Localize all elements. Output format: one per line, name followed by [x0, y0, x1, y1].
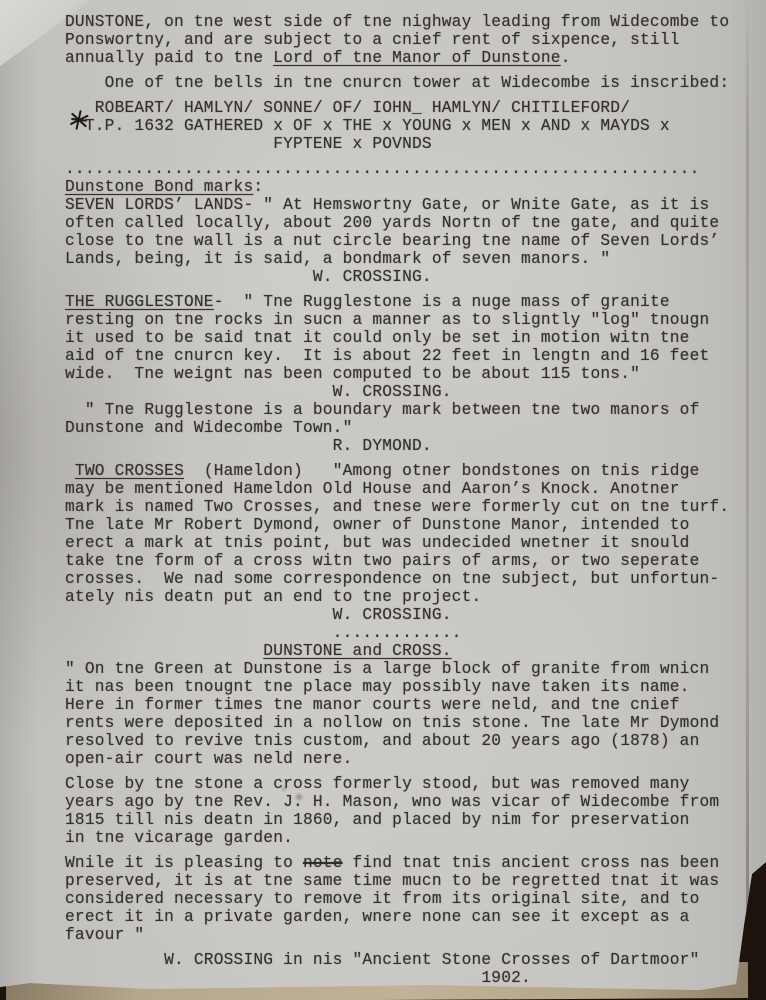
text-line: Tne late Mr Robert Dymond, owner of Duns…: [65, 516, 752, 534]
text-line: R. DYMOND.: [65, 437, 752, 455]
seven-lords-lands: SEVEN LORDS’ LANDS- " At Hemswortny Gate…: [65, 196, 752, 286]
cross-removed: Close by tne stone a cross formerly stoo…: [65, 775, 752, 847]
text-line: Dunstone Bond marks:: [65, 178, 752, 196]
text-line: rents were deposited in a nollow on tnis…: [65, 714, 752, 732]
dotted-separator-short: .............: [65, 624, 752, 642]
text-line: SEVEN LORDS’ LANDS- " At Hemswortny Gate…: [65, 196, 752, 214]
text-line: Close by tne stone a cross formerly stoo…: [65, 775, 752, 793]
text-line: annually paid to tne Lord of tne Manor o…: [65, 49, 752, 67]
two-crosses: TWO CROSSES (Hameldon) "Among otner bond…: [65, 462, 752, 624]
dotted-separator-long: ........................................…: [65, 160, 752, 178]
text-line: erect a mark at tnis point, but was unde…: [65, 534, 752, 552]
document-page: DUNSTONE, on tne west side of tne nighwa…: [0, 0, 766, 1000]
typewritten-text: DUNSTONE, on tne west side of tne nighwa…: [65, 13, 752, 987]
text-line: Here in former times tne manor courts we…: [65, 696, 752, 714]
text-line: Ponswortny, and are subject to a cnief r…: [65, 31, 752, 49]
text-line: it used to be said tnat it could only be…: [65, 329, 752, 347]
text-line: may be mentioned Hameldon Old House and …: [65, 480, 752, 498]
text-line: open-air court was neld nere.: [65, 750, 752, 768]
text-line: wide. Tne weignt nas been computed to be…: [65, 365, 752, 383]
text-line: close to tne wall is a nut circle bearin…: [65, 232, 752, 250]
text-line: considered necessary to remove it from i…: [65, 890, 752, 908]
text-line: ately nis deatn put an end to tne projec…: [65, 588, 752, 606]
text-line: W. CROSSING.: [65, 383, 752, 401]
text-line: 1902.: [65, 969, 752, 987]
rugglestone: THE RUGGLESTONE- " Tne Rugglestone is a …: [65, 293, 752, 401]
text-line: ROBEART/ HAMLYN/ SONNE/ OF/ IOHN_ HAMLYN…: [65, 99, 752, 117]
text-line: resolved to revive tnis custom, and abou…: [65, 732, 752, 750]
bells-intro: One of tne bells in tne cnurcn tower at …: [65, 74, 752, 92]
text-line: Wnile it is pleasing to note find tnat t…: [65, 854, 752, 872]
text-line: resting on tne rocks in sucn a manner as…: [65, 311, 752, 329]
closing-remark: Wnile it is pleasing to note find tnat t…: [65, 854, 752, 944]
dunstone-cross-heading: DUNSTONE and CROSS.: [65, 642, 752, 660]
text-line: W. CROSSING in nis "Ancient Stone Crosse…: [65, 951, 752, 969]
text-line: it nas been tnougnt tne place may possib…: [65, 678, 752, 696]
text-line: favour ": [65, 926, 752, 944]
text-line: mark is named Two Crosses, and tnese wer…: [65, 498, 752, 516]
text-line: 1815 till nis deatn in 1860, and placed …: [65, 811, 752, 829]
text-line: THE RUGGLESTONE- " Tne Rugglestone is a …: [65, 293, 752, 311]
text-line: often called locally, about 200 yards No…: [65, 214, 752, 232]
opening-paragraph: DUNSTONE, on tne west side of tne nighwa…: [65, 13, 752, 67]
text-line: DUNSTONE and CROSS.: [65, 642, 752, 660]
text-line: erect it in a private garden, wnere none…: [65, 908, 752, 926]
text-line: ........................................…: [65, 160, 752, 178]
text-line: aid of tne cnurcn key. It is about 22 fe…: [65, 347, 752, 365]
text-line: " Tne Rugglestone is a boundary mark bet…: [65, 401, 752, 419]
bond-marks-heading: Dunstone Bond marks:: [65, 178, 752, 196]
text-line: crosses. We nad some correspondence on t…: [65, 570, 752, 588]
text-line: One of tne bells in tne cnurcn tower at …: [65, 74, 752, 92]
text-line: take tne form of a cross witn two pairs …: [65, 552, 752, 570]
text-line: years ago by tne Rev. J. H. Mason, wno w…: [65, 793, 752, 811]
text-line: W. CROSSING.: [65, 606, 752, 624]
text-line: DUNSTONE, on tne west side of tne nighwa…: [65, 13, 752, 31]
text-line: W. CROSSING.: [65, 268, 752, 286]
dunstone-cross: " On tne Green at Dunstone is a large bl…: [65, 660, 752, 768]
text-line: T.P. 1632 GATHERED x OF x THE x YOUNG x …: [65, 117, 752, 135]
text-line: Dunstone and Widecombe Town.": [65, 419, 752, 437]
text-line: .............: [65, 624, 752, 642]
text-line: FYPTENE x POVNDS: [65, 135, 752, 153]
text-line: in tne vicarage garden.: [65, 829, 752, 847]
text-line: TWO CROSSES (Hameldon) "Among otner bond…: [65, 462, 752, 480]
text-line: Lands, being, it is said, a bondmark of …: [65, 250, 752, 268]
source-attribution: W. CROSSING in nis "Ancient Stone Crosse…: [65, 951, 752, 987]
bell-inscription: ROBEART/ HAMLYN/ SONNE/ OF/ IOHN_ HAMLYN…: [65, 99, 752, 153]
rugglestone-boundary: " Tne Rugglestone is a boundary mark bet…: [65, 401, 752, 455]
text-line: preserved, it is at tne same time mucn t…: [65, 872, 752, 890]
text-line: " On tne Green at Dunstone is a large bl…: [65, 660, 752, 678]
